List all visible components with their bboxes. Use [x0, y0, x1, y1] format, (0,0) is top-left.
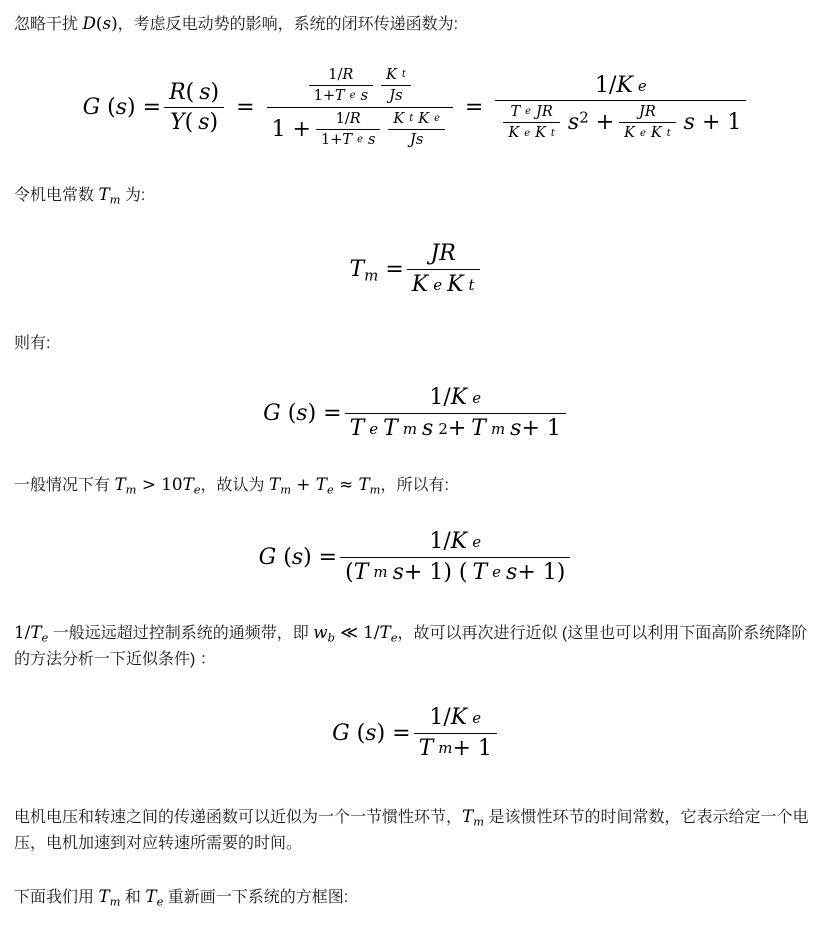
math-lhs-g-s: G (s) =	[263, 401, 341, 426]
fraction-numerator: 1/R 1+Tes Kt Js	[267, 64, 453, 107]
fraction-denominator: KeKt	[407, 269, 480, 300]
fraction-normalized-form: 1/Ke TeJR KeKt s2 + JR KeKt s + 1	[495, 71, 746, 145]
paragraph-define-tm: 令机电常数 Tm 为:	[14, 181, 818, 209]
fraction-numerator: JR	[407, 239, 480, 269]
nested-fraction: Kt Js	[381, 65, 411, 106]
fraction-denominator: Js	[381, 85, 411, 106]
fraction-numerator: 1/Ke	[414, 703, 497, 733]
math-lhs-g-s: G (s) =	[332, 721, 410, 746]
equation-closed-loop-full: G (s) = R (s) Y (s) = 1/R 1+Tes Kt Js 1 …	[14, 64, 818, 152]
fraction-second-order: 1/Ke TeTms2 + Tms + 1	[345, 383, 566, 443]
math-term: s + 1	[684, 109, 742, 137]
math-lhs-tm: Tm =	[349, 257, 403, 282]
paragraph-approx-condition: 一般情况下有 Tm > 10Te，故认为 Tm + Te ≈ Tm，所以有:	[14, 471, 818, 499]
fraction-denominator: TeTms2 + Tms + 1	[345, 413, 566, 444]
equation-tm-definition: Tm = JR KeKt	[14, 239, 818, 299]
article: 忽略干扰 D(s)，考虑反电动势的影响，系统的闭环传递函数为: G (s) = …	[14, 10, 818, 911]
fraction-numerator: JR	[619, 102, 676, 122]
fraction-numerator: 1/Ke	[345, 383, 566, 413]
fraction-two-inertia: 1/Ke (Tms + 1) (Tes + 1)	[340, 527, 570, 587]
fraction-denominator: 1+Tes	[316, 129, 380, 150]
fraction-first-order: 1/Ke Tm + 1	[414, 703, 497, 763]
fraction-denominator: KeKt	[503, 122, 560, 143]
paragraph-bandwidth-note: 1/Te 一般远远超过控制系统的通频带，即 wb ≪ 1/Te，故可以再次进行近…	[14, 619, 818, 673]
nested-fraction: 1/R 1+Tes	[316, 109, 380, 150]
fraction-denominator: KeKt	[619, 122, 676, 143]
paragraph-physical-meaning: 电机电压和转速之间的传递函数可以近似为一个一节惯性环节，Tm 是该惯性环节的时间…	[14, 803, 818, 857]
equals-sign: =	[465, 95, 483, 120]
nested-fraction: JR KeKt	[619, 102, 676, 143]
fraction-numerator: 1/R	[309, 65, 373, 85]
fraction-denominator: TeJR KeKt s2 + JR KeKt s + 1	[495, 100, 746, 144]
math-term: s2 +	[568, 109, 614, 137]
paragraph-then: 则有:	[14, 331, 818, 357]
fraction-numerator: KtKe	[388, 109, 445, 129]
fraction-denominator: 1 + 1/R 1+Tes KtKe Js	[267, 107, 453, 151]
nested-fraction: TeJR KeKt	[503, 102, 560, 143]
fraction-denominator: (Tms + 1) (Tes + 1)	[340, 557, 570, 588]
fraction-open-loop-form: 1/R 1+Tes Kt Js 1 + 1/R 1+Tes KtKe Js	[267, 64, 453, 152]
equation-first-order: G (s) = 1/Ke Tm + 1	[14, 703, 818, 763]
fraction-denominator: Y (s)	[164, 107, 224, 138]
nested-fraction: 1/R 1+Tes	[309, 65, 373, 106]
equation-second-order: G (s) = 1/Ke TeTms2 + Tms + 1	[14, 383, 818, 443]
fraction-denominator: Js	[388, 129, 445, 150]
fraction-rs-over-ys: R (s) Y (s)	[164, 78, 224, 138]
paragraph-intro: 忽略干扰 D(s)，考虑反电动势的影响，系统的闭环传递函数为:	[14, 10, 818, 38]
fraction-numerator: Kt	[381, 65, 411, 85]
document-page: { "page": { "background": "#ffffff", "te…	[0, 0, 832, 951]
fraction-numerator: 1/Ke	[340, 527, 570, 557]
fraction-denominator: 1+Tes	[309, 85, 373, 106]
paragraph-next-block-diagram: 下面我们用 Tm 和 Te 重新画一下系统的方框图:	[14, 883, 818, 911]
math-lhs-g-s: G (s) =	[259, 545, 337, 570]
equals-sign: =	[236, 95, 254, 120]
equation-two-inertia-product: G (s) = 1/Ke (Tms + 1) (Tes + 1)	[14, 527, 818, 587]
fraction-jr-over-kekt: JR KeKt	[407, 239, 480, 299]
fraction-numerator: R (s)	[164, 78, 224, 108]
math-lhs-g-s: G (s) =	[83, 95, 161, 120]
math-term: 1 +	[272, 116, 311, 144]
fraction-numerator: TeJR	[503, 102, 560, 122]
nested-fraction: KtKe Js	[388, 109, 445, 150]
fraction-numerator: 1/R	[316, 109, 380, 129]
fraction-denominator: Tm + 1	[414, 733, 497, 764]
fraction-numerator: 1/Ke	[495, 71, 746, 101]
